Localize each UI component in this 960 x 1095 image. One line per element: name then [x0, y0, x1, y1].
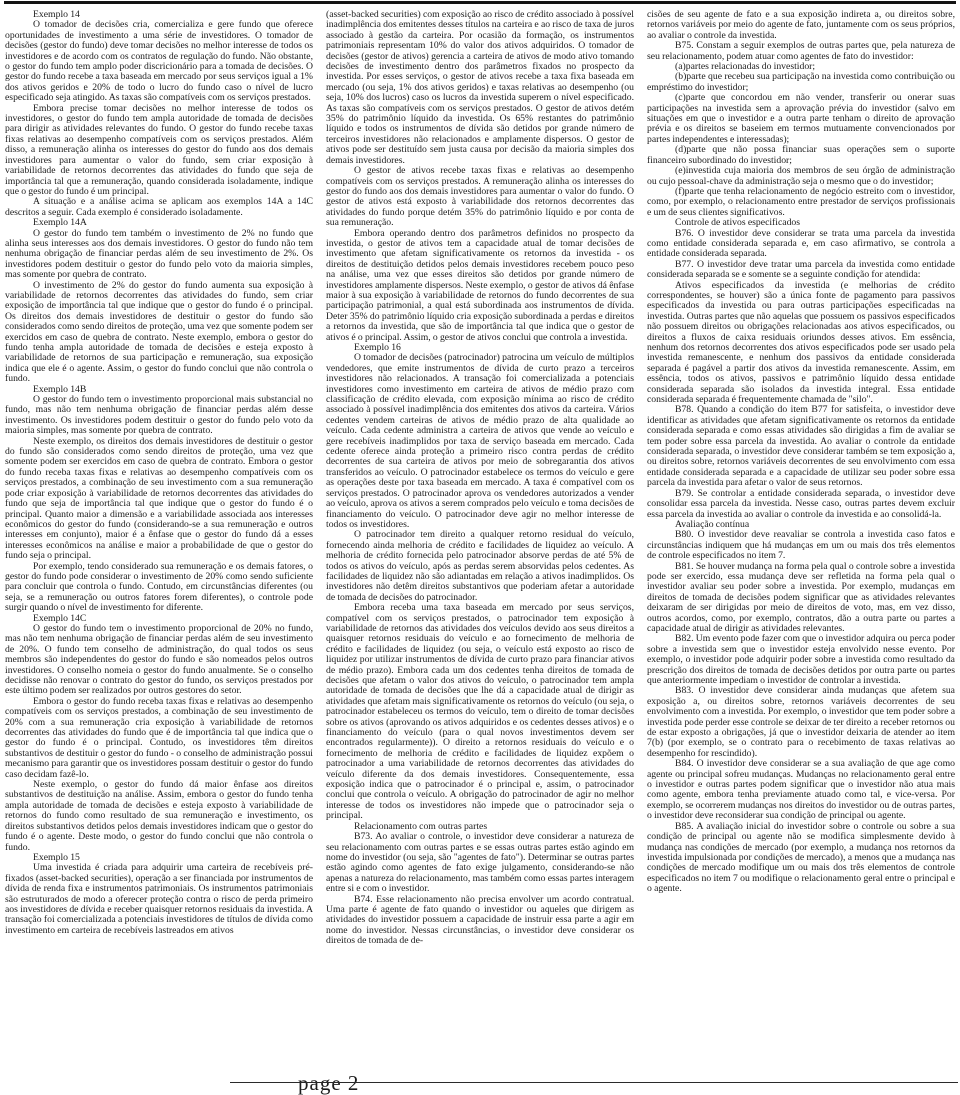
- paragraph: B76. O investidor deve considerar se tra…: [647, 229, 955, 260]
- paragraph: O patrocinador tem direito a qualquer re…: [326, 530, 634, 603]
- paragraph: Embora operando dentro dos parâmetros de…: [326, 229, 634, 343]
- paragraph: B85. A avaliação inicial do investidor s…: [647, 822, 955, 895]
- footer-rule: [230, 1082, 958, 1083]
- paragraph: Neste exemplo, o gestor do fundo dá maio…: [5, 780, 313, 853]
- text-columns: Exemplo 14O tomador de decisões cria, co…: [5, 10, 955, 1083]
- top-rule: [4, 1, 956, 4]
- paragraph: Embora o gestor do fundo receba taxas fi…: [5, 697, 313, 780]
- paragraph: B78. Quando a condição do item B77 for s…: [647, 405, 955, 488]
- paragraph: Embora precise tomar decisões no melhor …: [5, 104, 313, 198]
- paragraph: B73. Ao avaliar o controle, o investidor…: [326, 832, 634, 894]
- paragraph: O investimento de 2% do gestor do fundo …: [5, 281, 313, 385]
- paragraph: Neste exemplo, os direitos dos demais in…: [5, 437, 313, 562]
- paragraph: O gestor do fundo tem o investimento pro…: [5, 395, 313, 437]
- paragraph: B80. O investidor deve reavaliar se cont…: [647, 530, 955, 561]
- paragraph: Uma investida é criada para adquirir uma…: [5, 863, 313, 936]
- paragraph: (e)investida cuja maioria dos membros de…: [647, 166, 955, 187]
- paragraph: (asset-backed securities) com exposição …: [326, 10, 634, 166]
- section-heading: Exemplo 14A: [5, 218, 313, 228]
- paragraph: B83. O investidor deve considerar ainda …: [647, 686, 955, 759]
- page-number: page 2: [298, 1071, 359, 1095]
- paragraph: B77. O investidor deve tratar uma parcel…: [647, 260, 955, 281]
- text-column-3: cisões de seu agente de fato e a sua exp…: [647, 10, 955, 1083]
- paragraph: (f)parte que tenha relacionamento de neg…: [647, 187, 955, 218]
- paragraph: O tomador de decisões (patrocinador) pat…: [326, 353, 634, 530]
- paragraph: cisões de seu agente de fato e a sua exp…: [647, 10, 955, 41]
- paragraph: (c)parte que concordou em não vender, tr…: [647, 93, 955, 145]
- paragraph: B79. Se controlar a entidade considerada…: [647, 489, 955, 520]
- text-column-1: Exemplo 14O tomador de decisões cria, co…: [5, 10, 313, 1083]
- paragraph: O gestor do fundo tem também o investime…: [5, 229, 313, 281]
- paragraph: O tomador de decisões cria, comercializa…: [5, 20, 313, 103]
- paragraph: B81. Se houver mudança na forma pela qua…: [647, 562, 955, 635]
- paragraph: (b)parte que recebeu sua participação na…: [647, 72, 955, 93]
- document-page: Exemplo 14O tomador de decisões cria, co…: [0, 0, 960, 1095]
- paragraph: B84. O investidor deve considerar se a s…: [647, 759, 955, 821]
- section-heading: Controle de ativos especificados: [647, 218, 955, 228]
- text-column-2: (asset-backed securities) com exposição …: [326, 10, 634, 1083]
- paragraph: O gestor do fundo tem o investimento pro…: [5, 624, 313, 697]
- paragraph: B75. Constam a seguir exemplos de outras…: [647, 41, 955, 62]
- paragraph: A situação e a análise acima se aplicam …: [5, 197, 313, 218]
- paragraph: B74. Esse relacionamento não precisa env…: [326, 895, 634, 947]
- paragraph: B82. Um evento pode fazer com que o inve…: [647, 634, 955, 686]
- paragraph: (d)parte que não possa financiar suas op…: [647, 145, 955, 166]
- paragraph: O gestor de ativos recebe taxas fixas e …: [326, 166, 634, 228]
- paragraph: Ativos especificados da investida (e mel…: [647, 281, 955, 406]
- paragraph: Por exemplo, tendo considerado sua remun…: [5, 562, 313, 614]
- paragraph: Embora receba uma taxa baseada em mercad…: [326, 603, 634, 822]
